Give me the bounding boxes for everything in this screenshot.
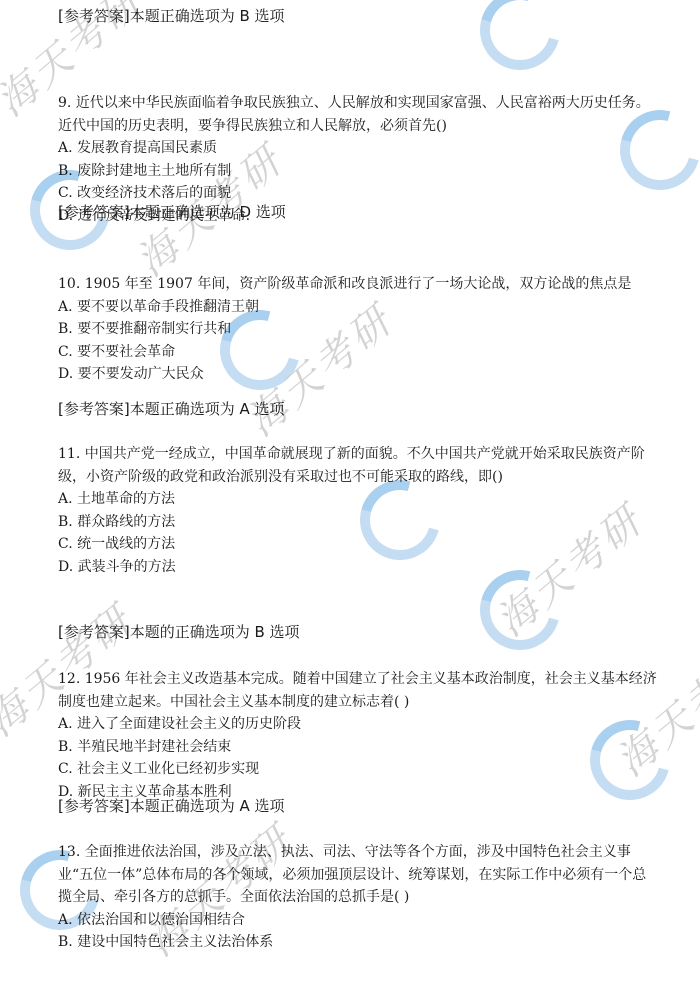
option-c: C. 要不要社会革命 xyxy=(58,341,658,364)
option-d: D. 武装斗争的方法 xyxy=(58,556,658,579)
option-a: A. 依法治国和以德治国相结合 xyxy=(58,909,658,932)
question-stem: 10. 1905 年至 1907 年间，资产阶级革命派和改良派进行了一场大论战，… xyxy=(58,273,658,296)
option-b: B. 要不要推翻帝制实行共和 xyxy=(58,318,658,341)
question-stem: 13. 全面推进依法治国，涉及立法、执法、司法、守法等各个方面，涉及中国特色社会… xyxy=(58,841,658,909)
question-12: 12. 1956 年社会主义改造基本完成。随着中国建立了社会主义基本政治制度，社… xyxy=(58,668,658,803)
question-11: 11. 中国共产党一经成立，中国革命就展现了新的面貌。不久中国共产党就开始采取民… xyxy=(58,443,658,578)
option-b: B. 废除封建地主土地所有制 xyxy=(58,160,658,183)
option-a: A. 要不要以革命手段推翻清王朝 xyxy=(58,296,658,319)
option-a: A. 土地革命的方法 xyxy=(58,488,658,511)
question-stem: 9. 近代以来中华民族面临着争取民族独立、人民解放和实现国家富强、人民富裕两大历… xyxy=(58,92,658,137)
option-b: B. 群众路线的方法 xyxy=(58,511,658,534)
question-stem: 11. 中国共产党一经成立，中国革命就展现了新的面貌。不久中国共产党就开始采取民… xyxy=(58,443,658,488)
option-b: B. 半殖民地半封建社会结束 xyxy=(58,736,658,759)
option-c: C. 统一战线的方法 xyxy=(58,533,658,556)
answer-key: [参考答案]本题正确选项为 B 选项 xyxy=(58,4,285,28)
option-a: A. 进入了全面建设社会主义的历史阶段 xyxy=(58,713,658,736)
question-13: 13. 全面推进依法治国，涉及立法、执法、司法、守法等各个方面，涉及中国特色社会… xyxy=(58,841,658,954)
question-10: 10. 1905 年至 1907 年间，资产阶级革命派和改良派进行了一场大论战，… xyxy=(58,273,658,386)
answer-key: [参考答案]本题正确选项为 A 选项 xyxy=(58,397,285,421)
option-d: D. 要不要发动广大民众 xyxy=(58,363,658,386)
answer-key: [参考答案]本题的正确选项为 B 选项 xyxy=(58,620,300,644)
question-stem: 12. 1956 年社会主义改造基本完成。随着中国建立了社会主义基本政治制度，社… xyxy=(58,668,658,713)
option-b: B. 建设中国特色社会主义法治体系 xyxy=(58,931,658,954)
answer-key: [参考答案]本题正确选项为 D 选项 xyxy=(58,200,286,224)
answer-key: [参考答案]本题正确选项为 A 选项 xyxy=(58,794,285,818)
option-a: A. 发展教育提高国民素质 xyxy=(58,137,658,160)
watermark-logo-icon xyxy=(465,0,574,85)
option-c: C. 社会主义工业化已经初步实现 xyxy=(58,758,658,781)
